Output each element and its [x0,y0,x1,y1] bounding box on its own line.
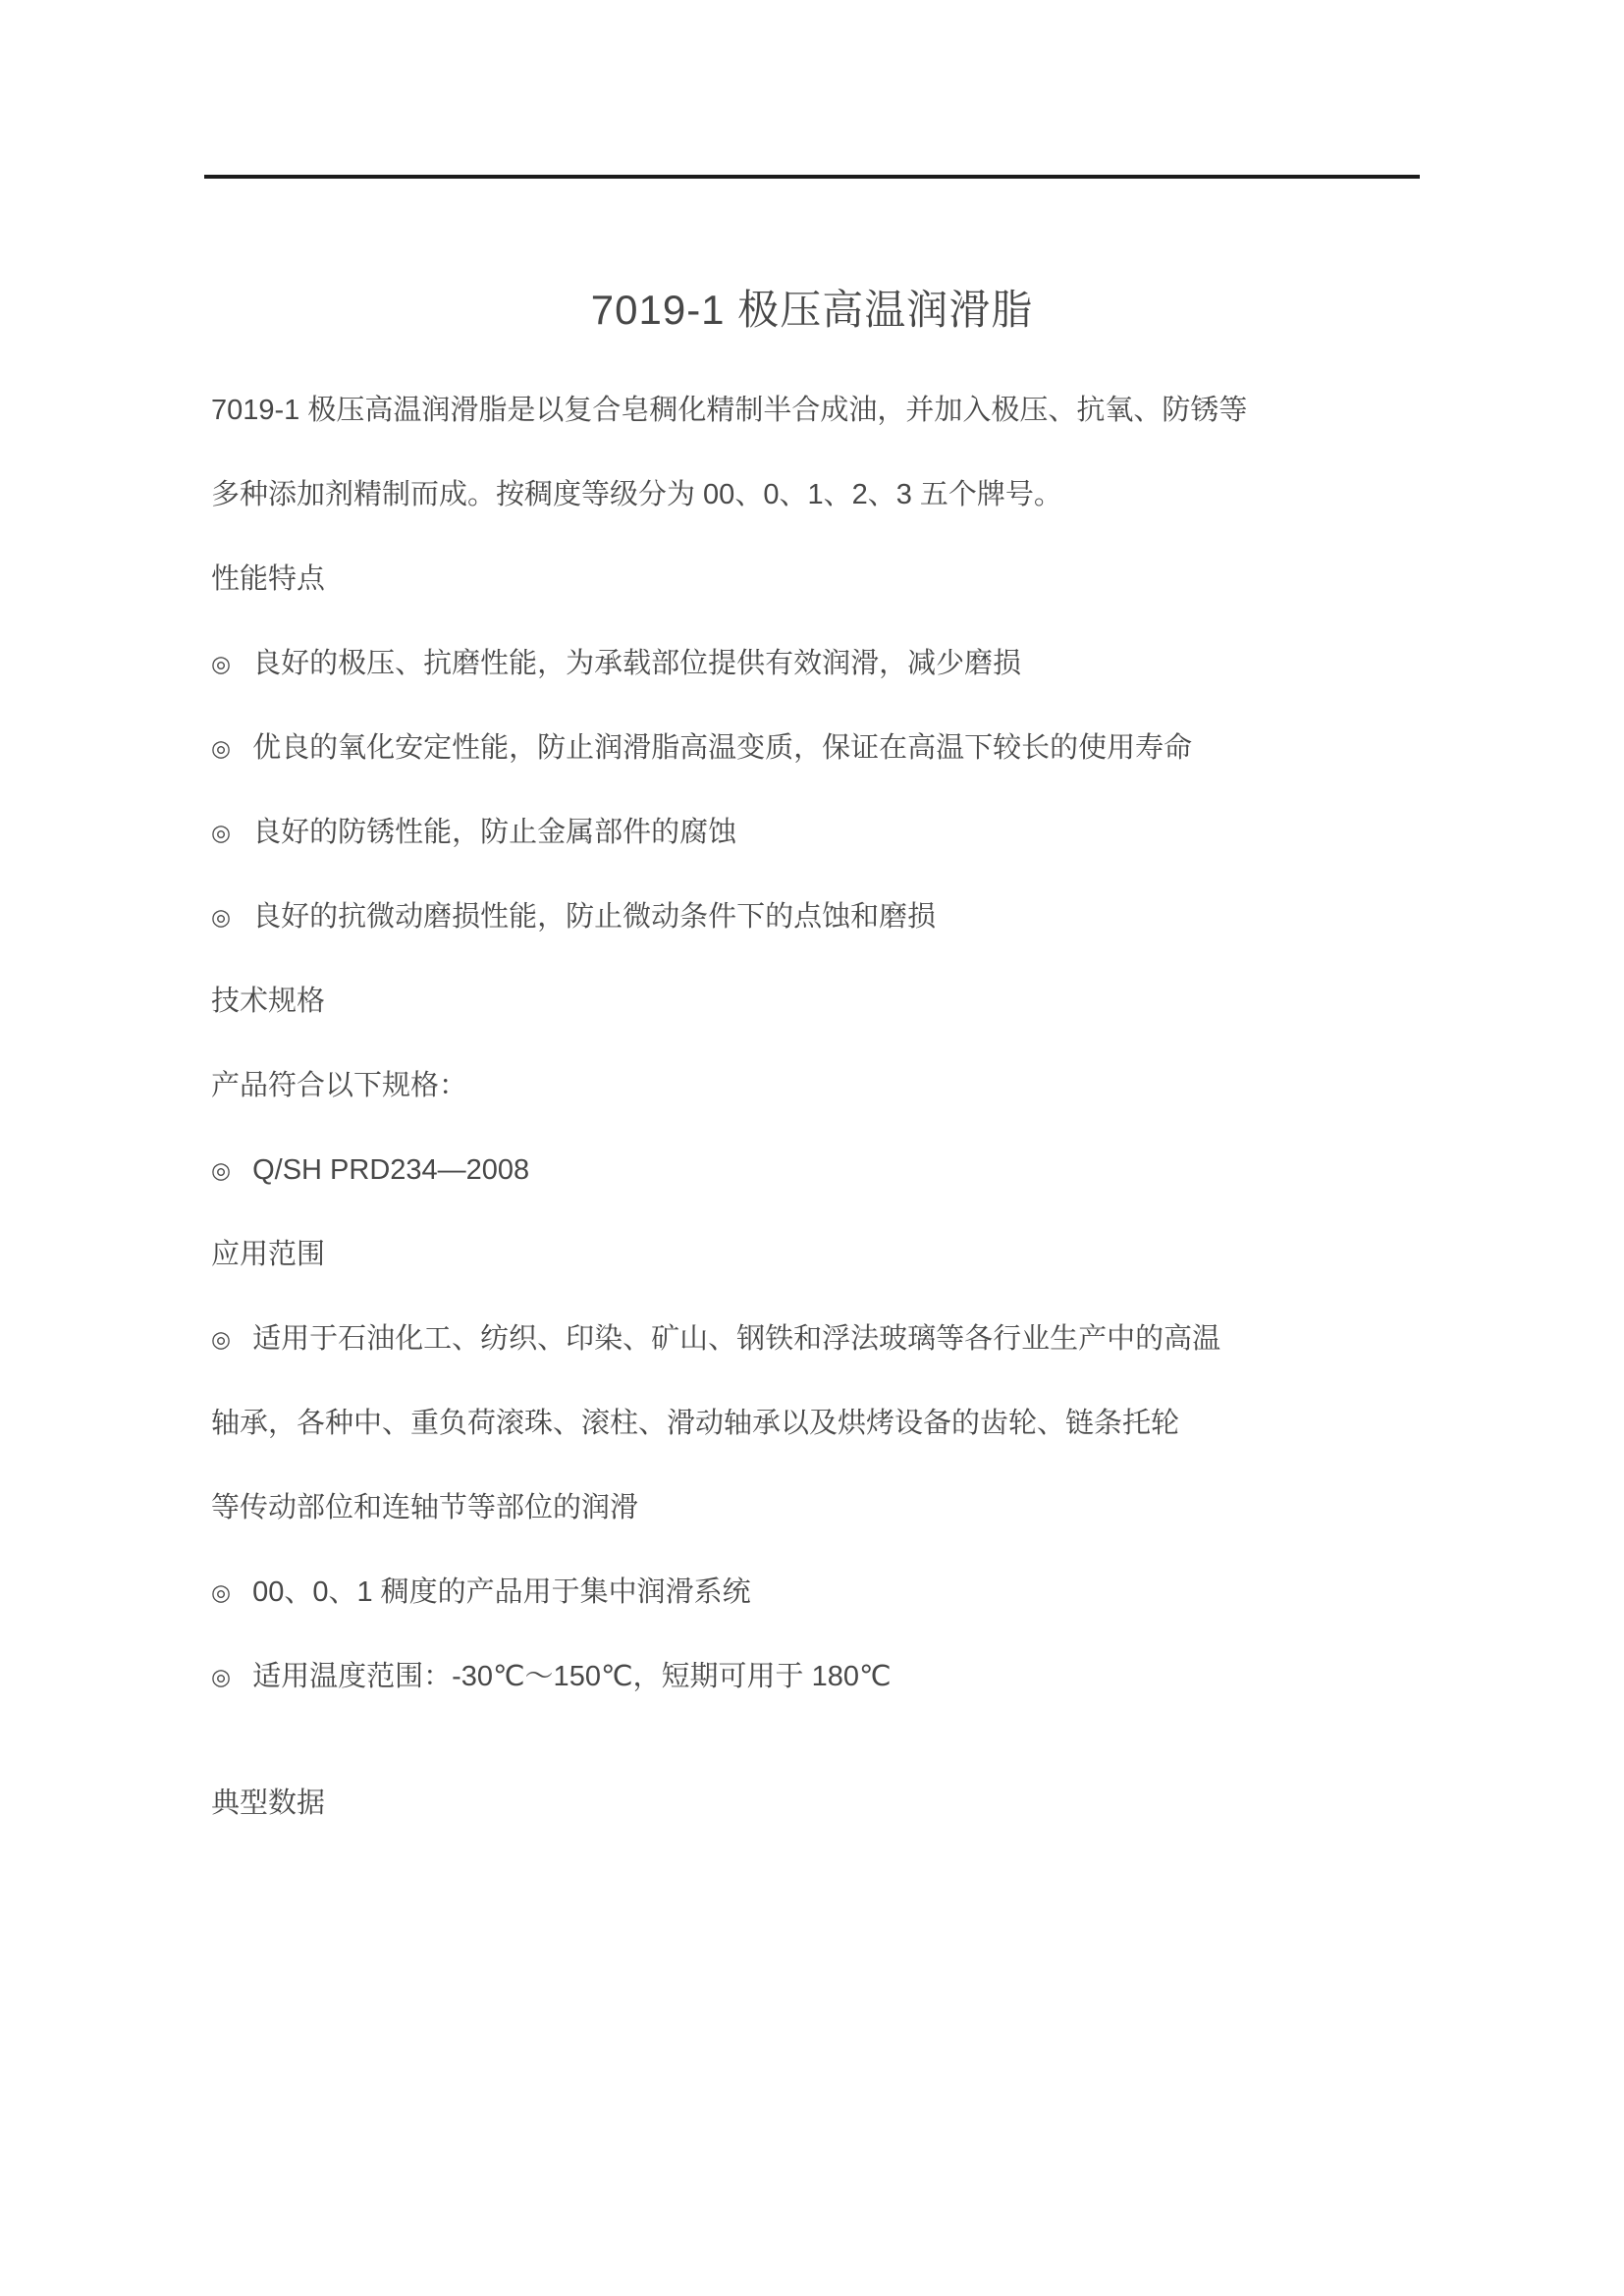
bullet-text: 优良的氧化安定性能，防止润滑脂高温变质，保证在高温下较长的使用寿命 [252,732,1192,764]
header-divider [204,175,1420,179]
bullet-icon: ◎ [211,1128,231,1212]
bullet-text: 良好的极压、抗磨性能，为承载部位提供有效润滑，减少磨损 [252,648,1021,679]
bullet-item: ◎优良的氧化安定性能，防止润滑脂高温变质，保证在高温下较长的使用寿命 [211,706,1437,790]
intro-line: 多种添加剂精制而成。按稠度等级分为 00、0、1、2、3 五个牌号。 [211,453,1437,537]
section-heading-applications: 应用范围 [211,1212,1437,1297]
bullet-text: 适用温度范围：-30℃～150℃，短期可用于 180℃ [252,1661,891,1692]
bullet-item: ◎良好的防锈性能，防止金属部件的腐蚀 [211,790,1437,875]
bullet-item: ◎良好的抗微动磨损性能，防止微动条件下的点蚀和磨损 [211,875,1437,959]
bullet-continuation-line: 轴承，各种中、重负荷滚珠、滚柱、滑动轴承以及烘烤设备的齿轮、链条托轮 [211,1381,1437,1466]
section-heading-specs: 技术规格 [211,959,1437,1043]
bullet-icon: ◎ [211,1297,231,1381]
bullet-text: 良好的抗微动磨损性能，防止微动条件下的点蚀和磨损 [252,901,936,933]
bullet-icon: ◎ [211,1550,231,1634]
bullet-icon: ◎ [211,790,231,875]
section-heading-typical-data: 典型数据 [211,1761,1437,1845]
document-page: 7019-1 极压高温润滑脂 7019-1 极压高温润滑脂是以复合皂稠化精制半合… [0,0,1624,2296]
bullet-item: ◎Q/SH PRD234—2008 [211,1128,1437,1212]
bullet-item: ◎良好的极压、抗磨性能，为承载部位提供有效润滑，减少磨损 [211,621,1437,706]
bullet-text: Q/SH PRD234—2008 [252,1154,529,1186]
bullet-text: 00、0、1 稠度的产品用于集中润滑系统 [252,1576,751,1608]
section-heading-performance: 性能特点 [211,537,1437,621]
bullet-text: 良好的防锈性能，防止金属部件的腐蚀 [252,817,736,848]
bullet-item: ◎适用温度范围：-30℃～150℃，短期可用于 180℃ [211,1634,1437,1719]
bullet-continuation-line: 等传动部位和连轴节等部位的润滑 [211,1466,1437,1550]
bullet-icon: ◎ [211,621,231,706]
bullet-text: 适用于石油化工、纺织、印染、矿山、钢铁和浮法玻璃等各行业生产中的高温 [252,1323,1220,1355]
blank-line [211,1719,1437,1761]
bullet-item: ◎适用于石油化工、纺织、印染、矿山、钢铁和浮法玻璃等各行业生产中的高温 [211,1297,1437,1381]
bullet-icon: ◎ [211,875,231,959]
intro-line: 7019-1 极压高温润滑脂是以复合皂稠化精制半合成油，并加入极压、抗氧、防锈等 [211,368,1437,453]
specs-lead-text: 产品符合以下规格： [211,1043,1437,1128]
bullet-item: ◎00、0、1 稠度的产品用于集中润滑系统 [211,1550,1437,1634]
document-body: 7019-1 极压高温润滑脂是以复合皂稠化精制半合成油，并加入极压、抗氧、防锈等… [211,368,1437,1845]
bullet-icon: ◎ [211,706,231,790]
bullet-icon: ◎ [211,1634,231,1719]
document-title: 7019-1 极压高温润滑脂 [0,278,1624,337]
